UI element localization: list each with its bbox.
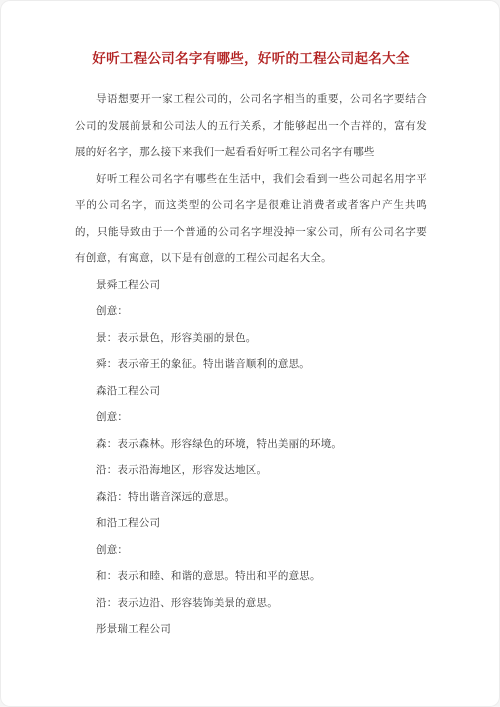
creativity-label: 创意： <box>75 404 427 431</box>
meaning-shun: 舜：表示帝王的象征。特出谐音顺利的意思。 <box>75 351 427 378</box>
paragraph-intro-1: 导语想要开一家工程公司的，公司名字相当的重要，公司名字要结合公司的发展前景和公司… <box>75 86 427 166</box>
company-name-senyan: 森沿工程公司 <box>75 378 427 405</box>
meaning-senyan: 森沿：特出谐音深远的意思。 <box>75 484 427 511</box>
company-name-heyan: 和沿工程公司 <box>75 510 427 537</box>
paragraph-intro-2: 好听工程公司名字有哪些在生活中，我们会看到一些公司起名用字平平的公司名字，而这类… <box>75 166 427 272</box>
company-name-jingshun: 景舜工程公司 <box>75 272 427 299</box>
meaning-yan: 沿：表示沿海地区，形容发达地区。 <box>75 457 427 484</box>
article-body: 好听工程公司名字有哪些，好听的工程公司起名大全 导语想要开一家工程公司的，公司名… <box>0 0 500 707</box>
article-title: 好听工程公司名字有哪些，好听的工程公司起名大全 <box>75 46 427 72</box>
meaning-jing: 景：表示景色，形容美丽的景色。 <box>75 325 427 352</box>
meaning-yan-2: 沿：表示边沿、形容装饰美景的意思。 <box>75 590 427 617</box>
document-page: 好听工程公司名字有哪些，好听的工程公司起名大全 导语想要开一家工程公司的，公司名… <box>0 0 500 707</box>
creativity-label: 创意： <box>75 537 427 564</box>
meaning-he: 和：表示和睦、和谐的意思。特出和平的意思。 <box>75 563 427 590</box>
meaning-sen: 森：表示森林。形容绿色的环境，特出美丽的环境。 <box>75 431 427 458</box>
company-name-tongjingrui: 彤景瑞工程公司 <box>75 616 427 643</box>
creativity-label: 创意： <box>75 298 427 325</box>
